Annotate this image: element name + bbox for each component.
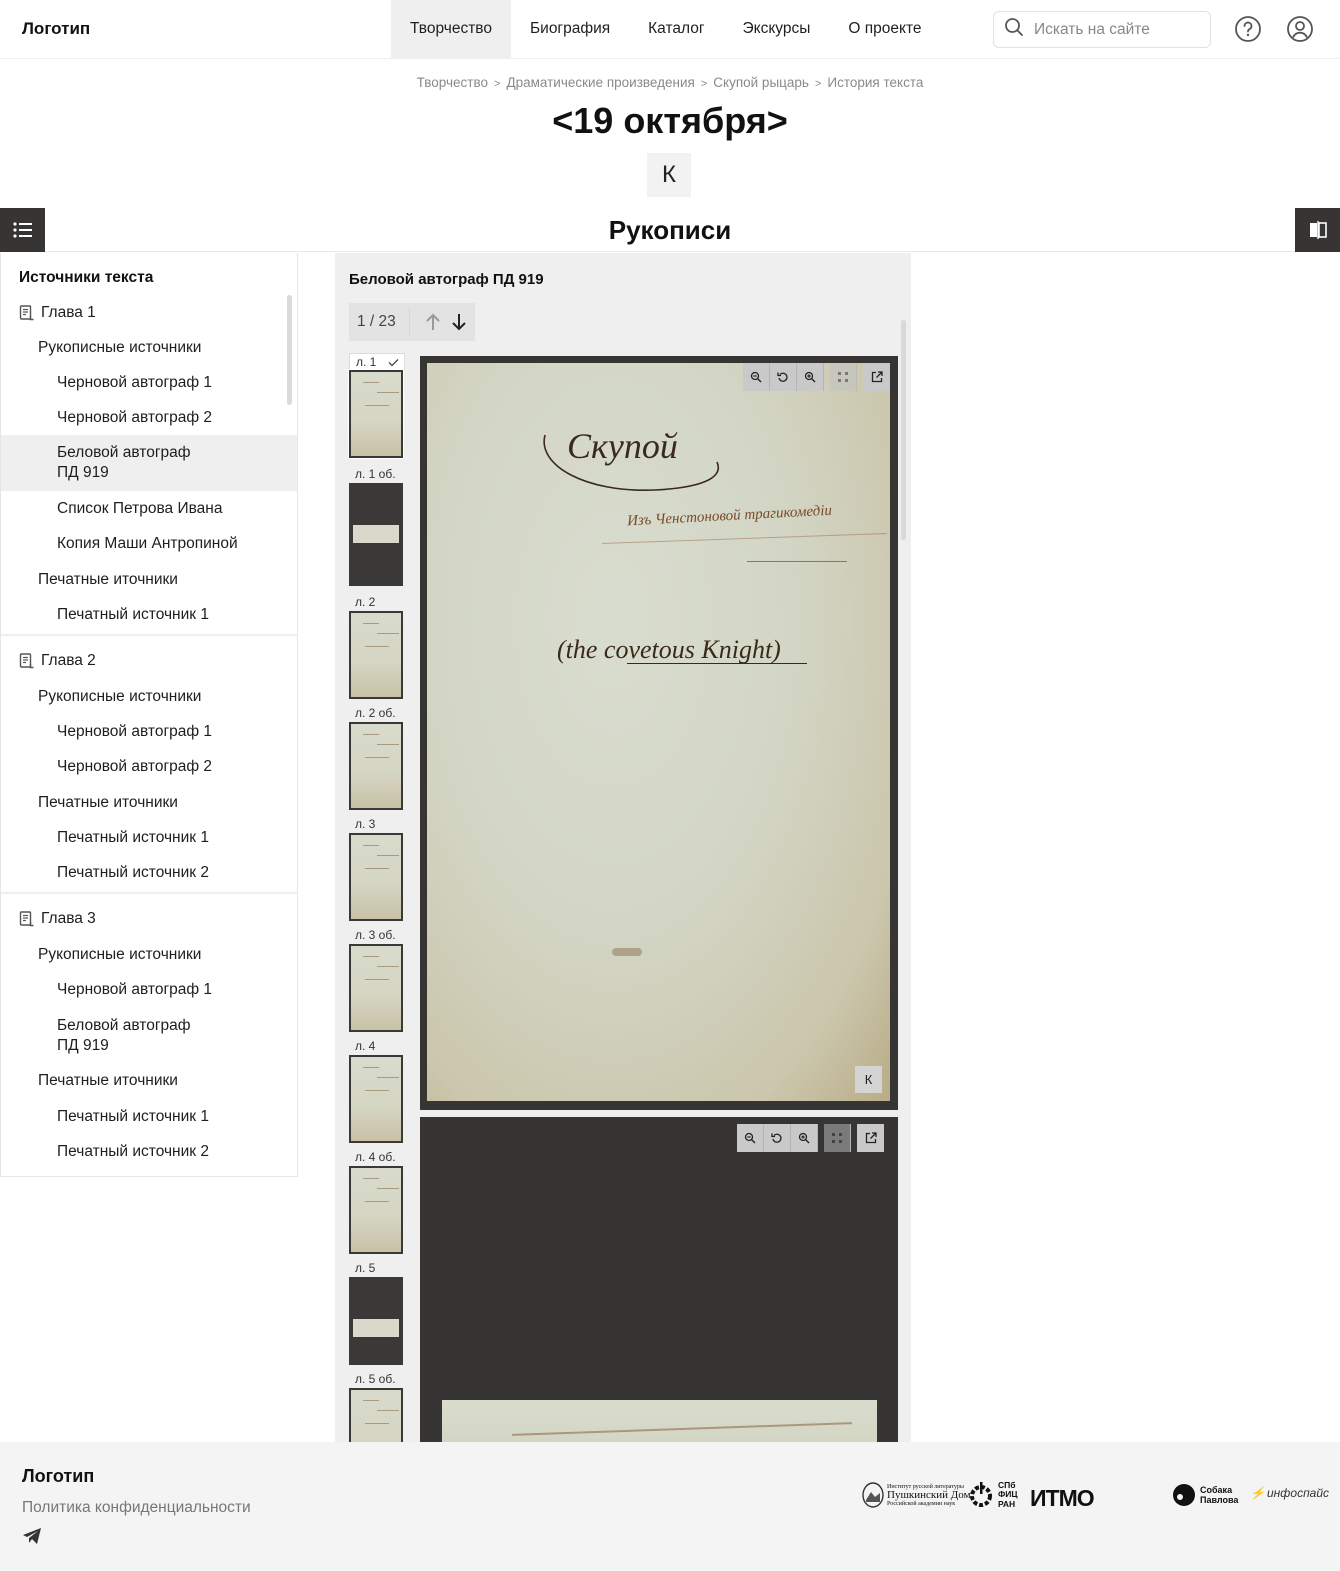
breadcrumb-item[interactable]: Драматические произведения <box>506 75 694 90</box>
main-nav: Творчество Биография Каталог Экскурсы О … <box>391 0 941 58</box>
tree-leaf[interactable]: Печатный источник 2 <box>1 863 297 883</box>
check-icon <box>388 358 399 367</box>
section-title: Рукописи <box>0 215 1340 246</box>
fit-button[interactable] <box>824 1124 851 1152</box>
partner-itmo[interactable]: ИTMO <box>1030 1485 1094 1512</box>
open-external-button[interactable] <box>863 363 890 391</box>
chapter-item[interactable]: Глава 3 <box>1 909 297 929</box>
pushkin-house-logo-icon <box>862 1482 884 1508</box>
tree-group[interactable]: Печатные иточники <box>1 570 297 590</box>
fit-icon <box>837 371 849 383</box>
rotate-icon <box>777 371 789 383</box>
zoom-in-icon <box>798 1132 810 1144</box>
zoom-out-icon <box>750 371 762 383</box>
sidebar-heading: Источники текста <box>19 269 153 287</box>
footer-logo[interactable]: Логотип <box>22 1466 94 1487</box>
tree-leaf-line: Беловой автограф <box>57 443 297 463</box>
zoom-out-button[interactable] <box>743 363 770 391</box>
rotate-icon <box>771 1132 783 1144</box>
thumbnail[interactable] <box>349 1277 403 1365</box>
partner-infospice[interactable]: ⚡инфоспайс <box>1250 1486 1329 1500</box>
partner-spb-fic-ran[interactable]: СПб ФИЦ РАН <box>968 1481 1018 1509</box>
letter-k-button[interactable]: К <box>647 153 691 197</box>
pager-separator <box>409 308 410 336</box>
tree-leaf[interactable]: Список Петрова Ивана <box>1 499 297 519</box>
image-toolbar <box>737 1124 884 1152</box>
site-header: Логотип Творчество Биография Каталог Экс… <box>0 0 1340 59</box>
thumbnail[interactable] <box>349 611 403 699</box>
breadcrumb-separator: > <box>701 78 707 90</box>
tree-leaf[interactable]: Черновой автограф 1 <box>1 722 297 742</box>
thumb-label: л. 2 <box>349 594 405 611</box>
sobaka-pavlova-logo-icon <box>1172 1483 1196 1507</box>
breadcrumb-separator: > <box>494 78 500 90</box>
thumb-label: л. 5 об. <box>349 1371 405 1388</box>
page-pager: 1 / 23 <box>349 303 475 341</box>
thumb-label: л. 5 <box>349 1260 405 1277</box>
tree-leaf[interactable]: Черновой автограф 1 <box>1 980 297 1000</box>
tree-leaf[interactable]: Беловой автограф ПД 919 <box>1 1016 297 1060</box>
page-title: <19 октября> <box>0 100 1340 142</box>
chapter-item[interactable]: Глава 1 <box>1 303 297 323</box>
page-frame: Скупой Изъ Ченстоновой трагикомедіи (the… <box>420 356 898 1110</box>
thumb-label: л. 2 об. <box>349 705 405 722</box>
thumb-label: л. 3 об. <box>349 927 405 944</box>
zoom-in-button[interactable] <box>791 1124 818 1152</box>
chapter-label: Глава 1 <box>41 304 96 321</box>
logo[interactable]: Логотип <box>22 19 90 39</box>
chapter-label: Глава 3 <box>41 910 96 927</box>
site-footer: Логотип Политика конфиденциальности Инст… <box>0 1442 1340 1571</box>
spb-fic-gear-icon <box>968 1481 994 1509</box>
nav-item-excursions[interactable]: Экскурсы <box>724 0 830 58</box>
zoom-rotate-group <box>743 363 824 391</box>
privacy-policy-link[interactable]: Политика конфиденциальности <box>22 1499 251 1517</box>
breadcrumb-item[interactable]: Скупой рыцарь <box>713 75 809 90</box>
viewer-title: Беловой автограф ПД 919 <box>349 271 544 288</box>
zoom-in-button[interactable] <box>797 363 824 391</box>
tree-group[interactable]: Печатные иточники <box>1 793 297 813</box>
manuscript-page-image[interactable] <box>442 1400 877 1443</box>
tree-leaf-line: ПД 919 <box>57 463 297 483</box>
manuscript-page-image[interactable]: Скупой Изъ Ченстоновой трагикомедіи (the… <box>427 363 890 1101</box>
open-external-icon <box>865 1132 877 1144</box>
chapter-divider <box>1 892 297 894</box>
search-icon <box>1004 17 1024 42</box>
letter-k-small-button[interactable]: К <box>855 1066 882 1093</box>
tree-leaf[interactable]: Печатный источник 1 <box>1 828 297 848</box>
nav-item-creativity[interactable]: Творчество <box>391 0 511 58</box>
zoom-in-icon <box>804 371 816 383</box>
split-view-button[interactable] <box>1295 208 1340 252</box>
sources-sidebar: Источники текста Глава 1 Рукописные исто… <box>0 253 298 1177</box>
nav-item-biography[interactable]: Биография <box>511 0 629 58</box>
section-bar: Рукописи <box>0 208 1340 252</box>
open-external-button[interactable] <box>857 1124 884 1152</box>
tree-leaf[interactable]: Черновой автограф 2 <box>1 757 297 777</box>
image-toolbar <box>743 363 890 391</box>
tree-leaf-line: Беловой автограф <box>57 1016 297 1036</box>
partner-sobaka-pavlova[interactable]: Собака Павлова <box>1172 1483 1238 1507</box>
thumbnail[interactable] <box>349 1166 403 1254</box>
page-counter[interactable]: 1 / 23 <box>349 313 409 331</box>
nav-item-catalog[interactable]: Каталог <box>629 0 723 58</box>
telegram-link[interactable] <box>22 1527 42 1550</box>
manuscript-viewer: Беловой автограф ПД 919 1 / 23 л. 1 л. 1… <box>335 253 911 1443</box>
infospice-mark-icon: ⚡ <box>1250 1486 1265 1500</box>
document-icon <box>19 305 35 321</box>
arrow-up-icon <box>425 313 441 331</box>
tree-group[interactable]: Рукописные источники <box>1 338 297 358</box>
fit-button[interactable] <box>830 363 857 391</box>
thumbnail[interactable] <box>349 833 403 921</box>
chapter-label: Глава 2 <box>41 652 96 669</box>
zoom-out-button[interactable] <box>737 1124 764 1152</box>
next-page-button[interactable] <box>446 307 472 337</box>
rotate-button[interactable] <box>764 1124 791 1152</box>
zoom-rotate-group <box>737 1124 818 1152</box>
thumbnail[interactable] <box>349 370 403 458</box>
tree-leaf-line: ПД 919 <box>57 1036 297 1056</box>
handwriting-title: Скупой <box>567 425 678 467</box>
thumbnail[interactable] <box>349 944 403 1032</box>
arrow-down-icon <box>451 313 467 331</box>
page-frame <box>420 1117 898 1443</box>
thumb-label: л. 4 об. <box>349 1149 405 1166</box>
fit-icon <box>831 1132 843 1144</box>
tree-leaf[interactable]: Черновой автограф 2 <box>1 408 297 428</box>
nav-item-about[interactable]: О проекте <box>829 0 940 58</box>
thumbnail[interactable] <box>349 1055 403 1143</box>
tree-group[interactable]: Рукописные источники <box>1 945 297 965</box>
list-icon <box>13 222 33 238</box>
thumb-label: л. 3 <box>349 816 405 833</box>
tree-leaf[interactable]: Печатный источник 1 <box>1 1107 297 1127</box>
telegram-icon <box>22 1527 42 1545</box>
tree-leaf[interactable]: Копия Маши Антропиной <box>1 534 297 554</box>
thumb-label: л. 1 об. <box>349 466 405 483</box>
zoom-out-icon <box>744 1132 756 1144</box>
document-icon <box>19 911 35 927</box>
handwriting-note: Изъ Ченстоновой трагикомедіи <box>627 503 833 531</box>
help-icon[interactable] <box>1234 15 1262 43</box>
thumbnail[interactable] <box>349 722 403 810</box>
thumb-label: л. 1 <box>349 353 405 370</box>
search-input[interactable] <box>1034 21 1204 39</box>
breadcrumb-item[interactable]: Творчество <box>417 75 488 90</box>
handwriting-subtitle: (the covetous Knight) <box>557 635 781 665</box>
user-account-icon[interactable] <box>1286 15 1314 43</box>
tree-group[interactable]: Рукописные источники <box>1 687 297 707</box>
open-external-icon <box>871 371 883 383</box>
breadcrumb-item-current[interactable]: История текста <box>827 75 923 90</box>
breadcrumb: Творчество>Драматические произведения>Ск… <box>0 75 1340 90</box>
chapter-item[interactable]: Глава 2 <box>1 651 297 671</box>
tree-leaf[interactable]: Печатный источник 1 <box>1 605 297 625</box>
thumbnail[interactable] <box>349 483 403 586</box>
chapter-divider <box>1 634 297 636</box>
partner-pushkin-house[interactable]: Институт русской литературы Пушкинский Д… <box>862 1482 971 1508</box>
split-view-icon <box>1308 220 1328 240</box>
rotate-button[interactable] <box>770 363 797 391</box>
thumb-label: л. 4 <box>349 1038 405 1055</box>
document-icon <box>19 653 35 669</box>
thumbnail-strip: л. 1 л. 1 об. л. 2 л. 2 об. л. 3 л. 3 об… <box>349 353 405 1480</box>
toc-toggle-button[interactable] <box>0 208 45 252</box>
tree-leaf[interactable]: Печатный источник 2 <box>1 1142 297 1162</box>
tree-leaf[interactable]: Черновой автограф 1 <box>1 373 297 393</box>
search-box[interactable] <box>993 11 1211 48</box>
tree-group[interactable]: Печатные иточники <box>1 1071 297 1091</box>
breadcrumb-separator: > <box>815 78 821 90</box>
prev-page-button[interactable] <box>420 307 446 337</box>
tree-leaf-selected[interactable]: Беловой автограф ПД 919 <box>1 435 297 491</box>
viewer-scrollbar[interactable] <box>901 320 906 540</box>
